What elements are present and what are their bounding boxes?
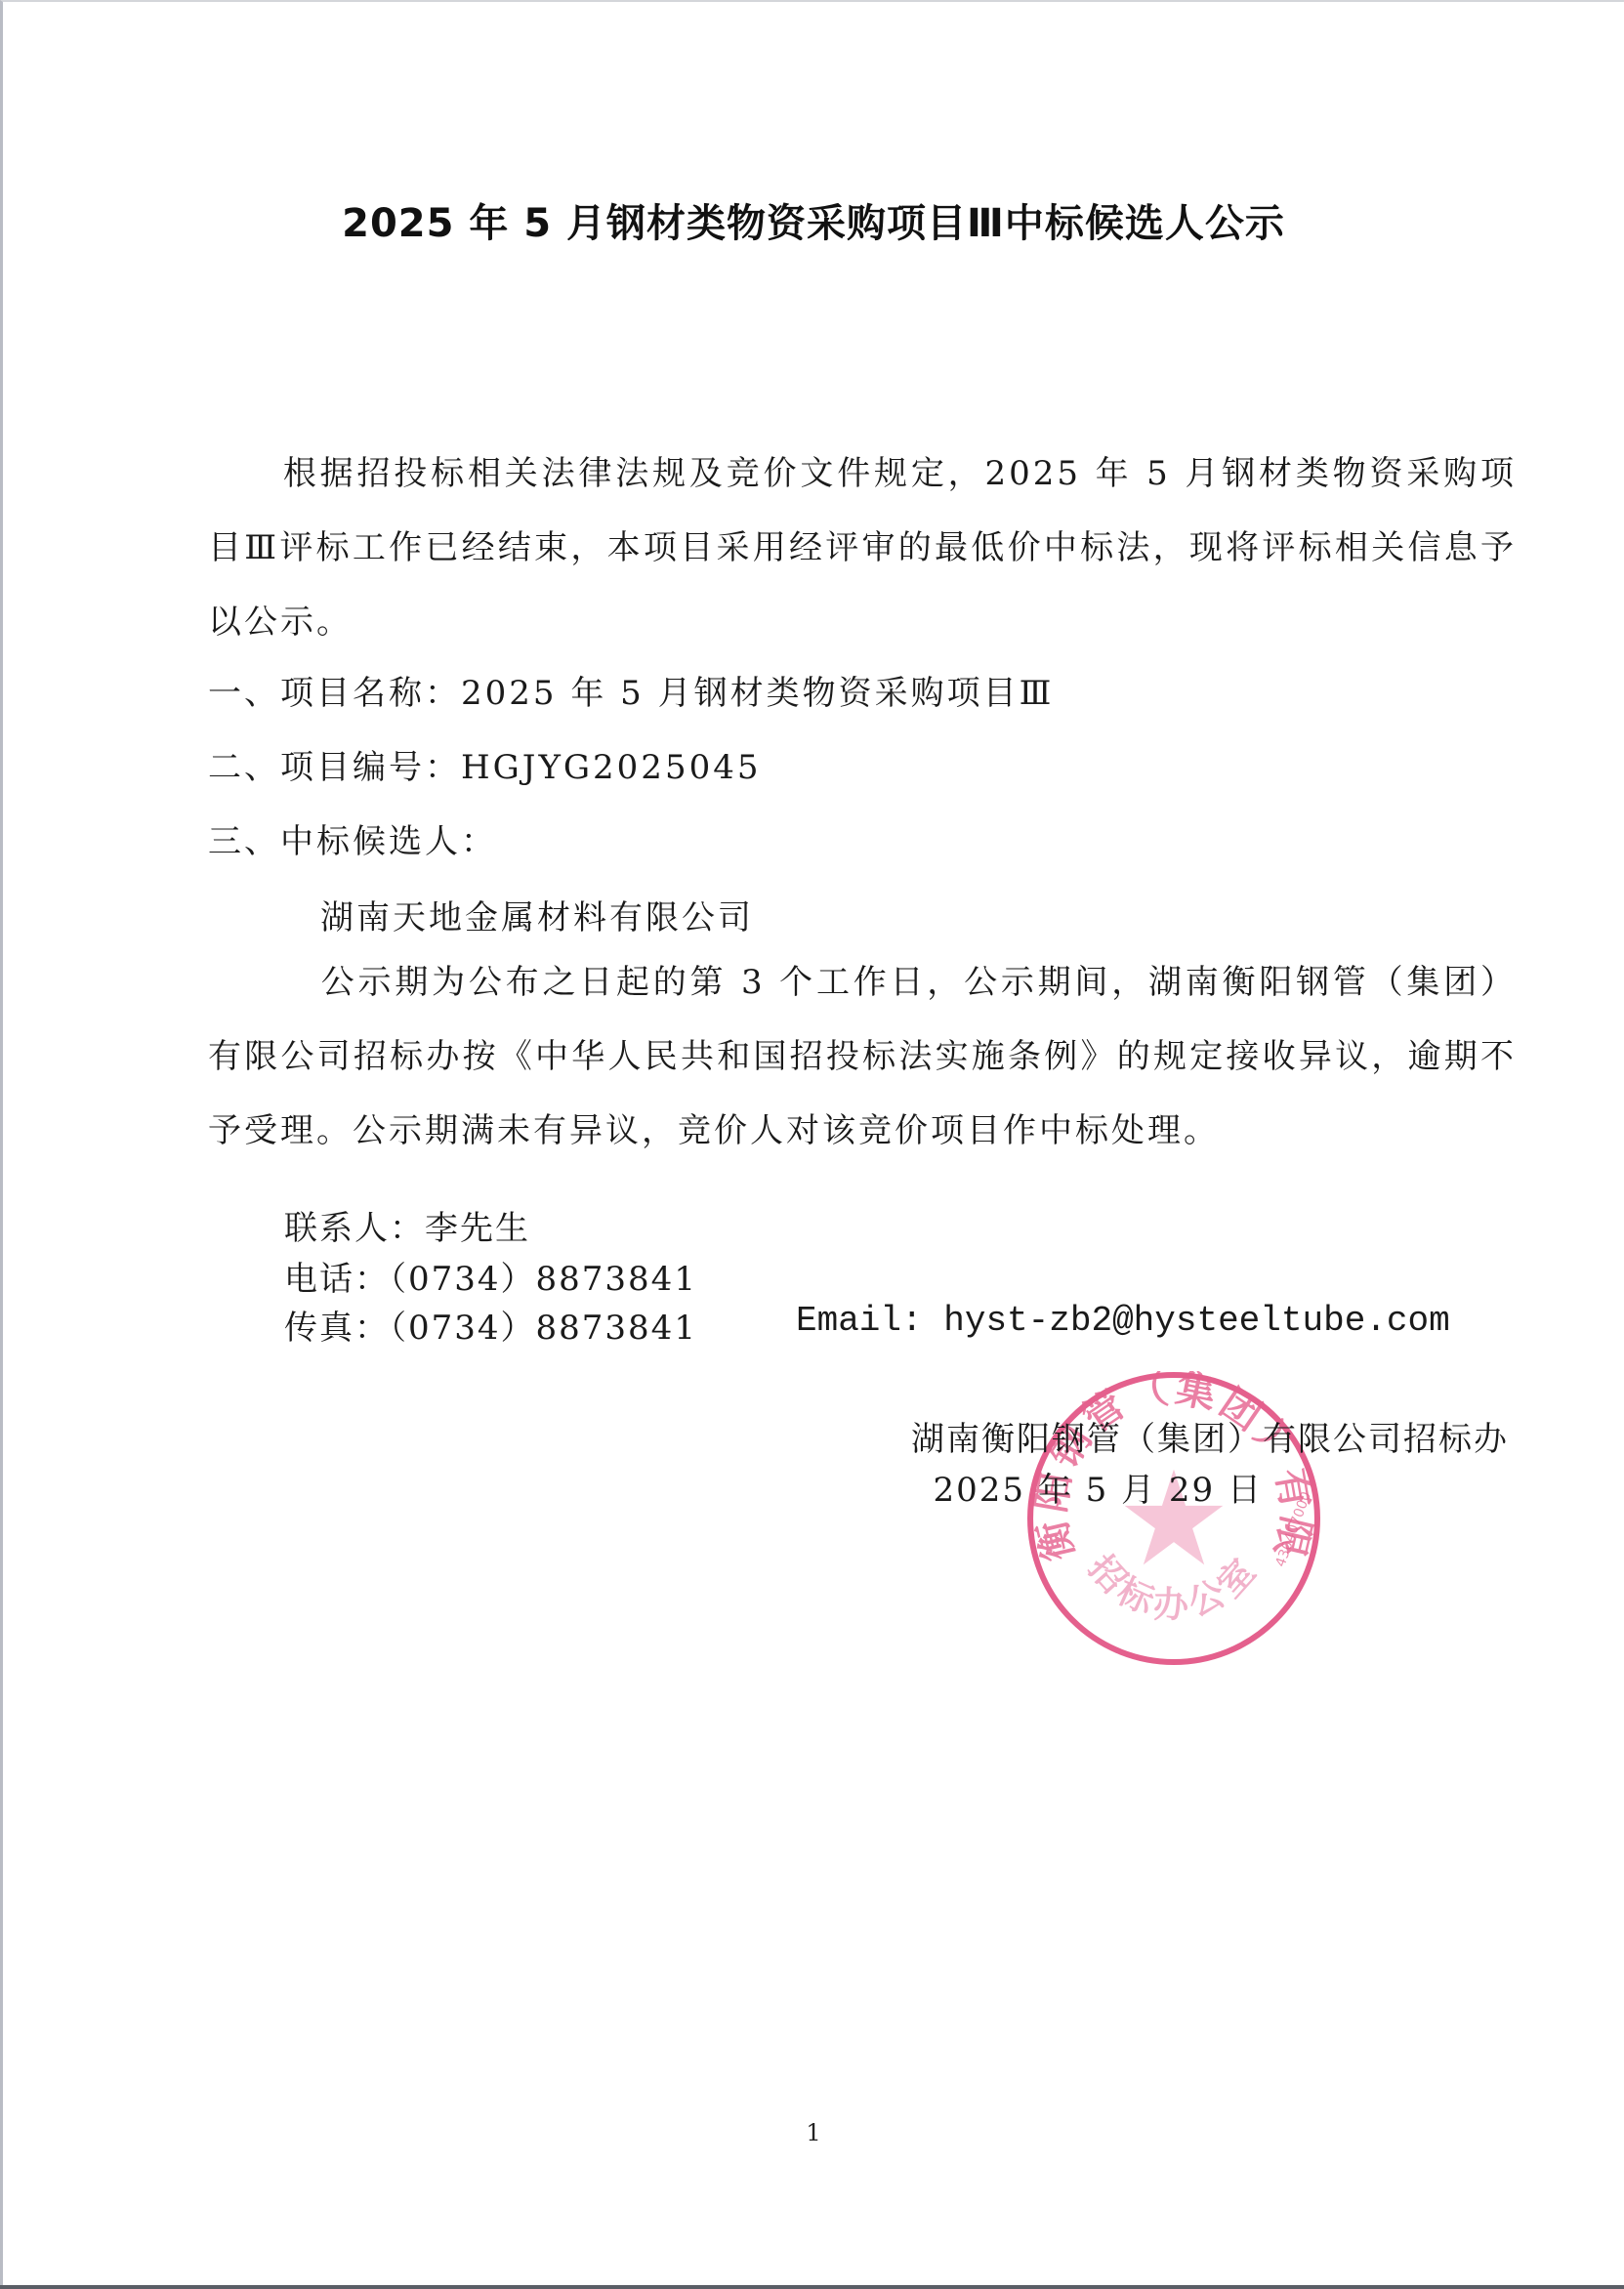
document-page: 2025 年 5 月钢材类物资采购项目Ⅲ中标候选人公示 根据招投标相关法律法规及… xyxy=(0,0,1624,2285)
item-candidate-heading: 三、中标候选人： xyxy=(208,814,497,862)
contact-fax: 传真：（0734）8873841 xyxy=(284,1301,697,1349)
contact-phone: 电话：（0734）8873841 xyxy=(284,1252,697,1300)
svg-text:招标办公室: 招标办公室 xyxy=(1080,1547,1268,1626)
contact-fax-label: 传真： xyxy=(284,1309,390,1348)
notice-text: 公示期为公布之日起的第 3 个工作日，公示期间，湖南衡阳钢管（集团）有限公司招标… xyxy=(208,963,1517,1150)
page-number: 1 xyxy=(3,2119,1624,2146)
item-label: 三、中标候选人： xyxy=(208,822,497,861)
contact-person-value: 李先生 xyxy=(425,1209,530,1248)
item-project-name: 一、项目名称：2025 年 5 月钢材类物资采购项目Ⅲ xyxy=(208,666,1054,714)
item-value: HGJYG2025045 xyxy=(461,748,761,787)
item-label: 二、项目编号： xyxy=(208,748,461,787)
candidate-name: 湖南天地金属材料有限公司 xyxy=(320,891,754,938)
contact-phone-value: （0734）8873841 xyxy=(390,1260,697,1299)
contact-email-label: Email: xyxy=(796,1301,923,1341)
contact-email-value[interactable]: hyst-zb2@hysteeltube.com xyxy=(943,1301,1449,1341)
contact-person: 联系人：李先生 xyxy=(284,1201,530,1249)
signature-date: 2025 年 5 月 29 日 xyxy=(934,1463,1263,1511)
item-label: 一、项目名称： xyxy=(208,674,461,713)
document-title: 2025 年 5 月钢材类物资采购项目Ⅲ中标候选人公示 xyxy=(3,192,1624,248)
notice-paragraph: 公示期为公布之日起的第 3 个工作日，公示期间，湖南衡阳钢管（集团）有限公司招标… xyxy=(208,945,1517,1168)
contact-person-label: 联系人： xyxy=(284,1209,425,1248)
item-value: 2025 年 5 月钢材类物资采购项目Ⅲ xyxy=(461,674,1054,713)
contact-fax-value: （0734）8873841 xyxy=(390,1309,697,1348)
contact-phone-label: 电话： xyxy=(284,1260,390,1299)
signature-org: 湖南衡阳钢管（集团）有限公司招标办 xyxy=(911,1412,1509,1460)
item-project-number: 二、项目编号：HGJYG2025045 xyxy=(208,740,761,788)
contact-email: Email: hyst-zb2@hysteeltube.com xyxy=(796,1301,1450,1341)
intro-text: 根据招投标相关法律法规及竞价文件规定，2025 年 5 月钢材类物资采购项目Ⅲ评… xyxy=(208,454,1517,642)
intro-paragraph: 根据招投标相关法律法规及竞价文件规定，2025 年 5 月钢材类物资采购项目Ⅲ评… xyxy=(208,437,1517,659)
